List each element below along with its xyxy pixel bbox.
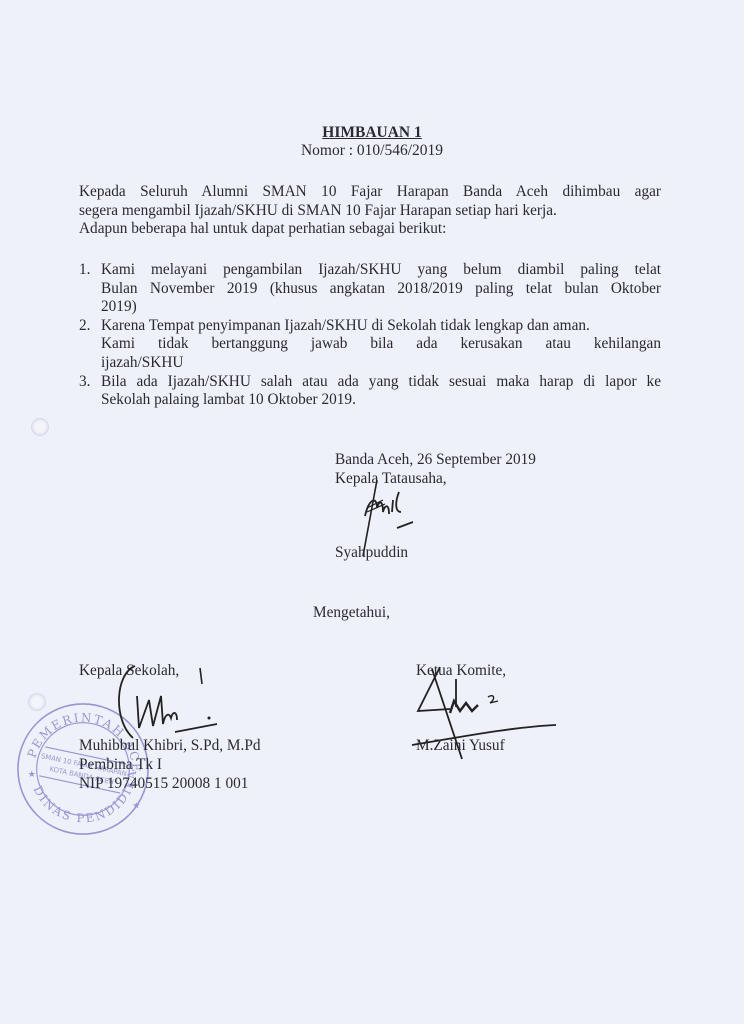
list-line: Bulan November 2019 (khusus angkatan 201… xyxy=(101,280,661,299)
principal-nip: NIP 19740515 20008 1 001 xyxy=(79,775,248,793)
list-line: 2019) xyxy=(101,298,661,317)
list-item: 3. Bila ada Ijazah/SKHU salah atau ada y… xyxy=(79,373,661,410)
list-item: 1. Kami melayani pengambilan Ijazah/SKHU… xyxy=(79,261,661,317)
tu-name: Syahpuddin xyxy=(335,544,408,562)
punch-hole-top xyxy=(31,418,49,436)
list-number: 1. xyxy=(79,261,90,280)
intro-line: Adapun beberapa hal untuk dapat perhatia… xyxy=(79,220,661,239)
document-number: Nomor : 010/546/2019 xyxy=(0,142,744,160)
list-line: Karena Tempat penyimpanan Ijazah/SKHU di… xyxy=(101,317,661,336)
list-line: Kami melayani pengambilan Ijazah/SKHU ya… xyxy=(101,261,661,280)
principal-name: Muhibbul Khibri, S.Pd, M.Pd xyxy=(79,737,260,755)
list-item: 2. Karena Tempat penyimpanan Ijazah/SKHU… xyxy=(79,317,661,373)
list-number: 3. xyxy=(79,373,90,392)
svg-text:★: ★ xyxy=(132,800,140,810)
document-title: HIMBAUAN 1 xyxy=(0,124,744,142)
intro-paragraph: Kepada Seluruh Alumni SMAN 10 Fajar Hara… xyxy=(79,183,661,239)
intro-line: Kepada Seluruh Alumni SMAN 10 Fajar Hara… xyxy=(79,183,661,202)
acknowledged-label: Mengetahui, xyxy=(313,604,390,622)
place-date: Banda Aceh, 26 September 2019 xyxy=(335,451,536,469)
intro-line: segera mengambil Ijazah/SKHU di SMAN 10 … xyxy=(79,202,661,221)
svg-text:★: ★ xyxy=(28,769,36,779)
list-line: ijazah/SKHU xyxy=(101,354,661,373)
list-number: 2. xyxy=(79,317,90,336)
principal-rank: Pembina Tk I xyxy=(79,756,162,774)
list-line: Sekolah palaing lambat 10 Oktober 2019. xyxy=(101,391,661,410)
list-line: Bila ada Ijazah/SKHU salah atau ada yang… xyxy=(101,373,661,392)
notice-list: 1. Kami melayani pengambilan Ijazah/SKHU… xyxy=(79,261,661,410)
list-line: Kami tidak bertanggung jawab bila ada ke… xyxy=(101,335,661,354)
committee-name: M.Zaini Yusuf xyxy=(416,737,505,755)
